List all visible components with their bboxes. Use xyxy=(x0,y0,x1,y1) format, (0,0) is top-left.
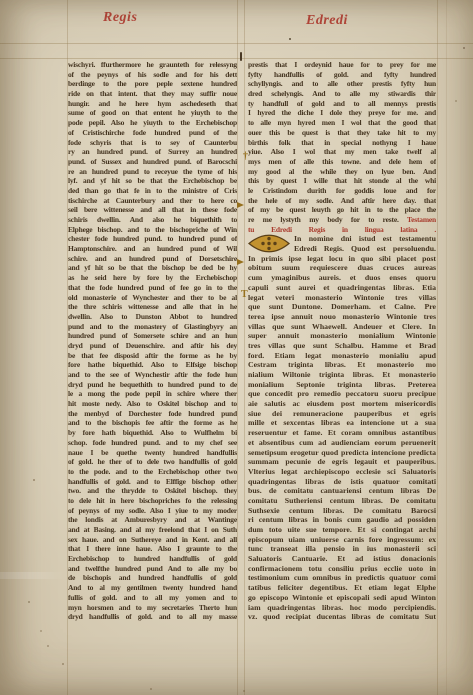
manuscript-line: schire. and an hundred pund of Dorsetsch… xyxy=(68,254,237,264)
manuscript-line: que sunt Duntone. Domerham. et Calne. Pr… xyxy=(248,302,436,312)
manuscript-line: legat veteri monasterio Wintonie tres vi… xyxy=(248,293,436,303)
manuscript-line: super annuit monasterio monialium Winton… xyxy=(248,331,436,341)
manuscript-line: the londis at Amburesbyry and at Wanting… xyxy=(68,515,237,525)
manuscript-line: fode schyris that is to sey of Caunterbu xyxy=(68,138,237,148)
manuscript-line: cum ymaginibus aureis. et duos enses quo… xyxy=(248,273,436,283)
pointer-mark-icon xyxy=(237,259,244,265)
manuscript-line: go episcopo Wintonie et episcopali sedi … xyxy=(248,593,436,603)
running-header-regis: Regis xyxy=(103,10,137,26)
manuscript-line: siue dei remuneracione pauperibus et egr… xyxy=(248,409,436,419)
manuscript-line: of my be quest leuyth go hit in to the p… xyxy=(248,205,436,215)
manuscript-line: as he seid here by fore by the Erchebisc… xyxy=(68,273,237,283)
manuscript-line: prestis that I ordeynid haue for to prey… xyxy=(248,60,436,70)
manuscript-line: naue I be quethe twenty hundred handfull… xyxy=(68,448,237,458)
manuscript-line: that I there inne haue. Also I graunte t… xyxy=(68,544,237,554)
manuscript-line: dred schelyngis. And to alle my stiwardi… xyxy=(248,89,436,99)
manuscript-line: dryd pund he bequethith to hundred pund … xyxy=(68,380,237,390)
manuscript-line: of Cristischirche fode hundred pund of t… xyxy=(68,128,237,138)
manuscript-line: monialium Septonie triginta libras. Pret… xyxy=(248,380,436,390)
manuscript-line: dryd handfullis of gold. and to all my m… xyxy=(68,612,237,622)
manuscript-line: the menbyd of Dorchester fode hundred pu… xyxy=(68,409,237,419)
manuscript-line: Cestram triginta libras. Et monasterio m… xyxy=(248,360,436,370)
manuscript-line: que concedit pro remedio peccatoru suoru… xyxy=(248,389,436,399)
manuscript-line: this by quest I wille that hit stonde al… xyxy=(248,176,436,186)
ruling-line-right-margin xyxy=(446,0,447,695)
manuscript-line: re an hundred pund to receyue the tyme o… xyxy=(68,167,237,177)
manuscript-line: dryd pund of Deuenschire. and aftir his … xyxy=(68,341,237,351)
manuscript-line: In primis ipse legat locu in quo sibi pl… xyxy=(248,254,436,264)
manuscript-line: vz. quod recipiat ducentas libras de com… xyxy=(248,612,436,622)
manuscript-line: by fore hath biquethid. Also to Wulfhelm… xyxy=(68,428,237,438)
manuscript-line: ford. Etiam legat monasterio monialiu ap… xyxy=(248,351,436,361)
manuscript-line: Elphege bischop. and to the bischopriche… xyxy=(68,225,237,235)
manuscript-line: comitatu Sutheriensi centum libras. De c… xyxy=(248,496,436,506)
foxing-specks xyxy=(33,479,35,481)
manuscript-line: and to the bischopis fee aftir the forme… xyxy=(68,418,237,428)
manuscript-line: bus. de comitatu cantuariensi centum lib… xyxy=(248,486,436,496)
manuscript-line: Saluatoris Cantuarie. Et ad istius donac… xyxy=(248,554,436,564)
manuscript-line: reseruentur et fame. Et coram omnibus as… xyxy=(248,428,436,438)
manuscript-line: sex haue. and on Suthereye and in Kent. … xyxy=(68,535,237,545)
manuscript-line: old monasterie of Wynchester and ther to… xyxy=(68,293,237,303)
manuscript-line: tres villas que sunt Schalbu. Hamme et B… xyxy=(248,341,436,351)
manuscript-line: wischyri. ffurthermore he graunteth for … xyxy=(68,60,237,70)
manuscript-line: myn horsmen and to my secretaries Therto… xyxy=(68,603,237,613)
manuscript-line: pund and to the monastery of Glastingbyr… xyxy=(68,322,237,332)
manuscript-line: episcopum uiam uniuerse carnis fore ingr… xyxy=(248,535,436,545)
manuscript-line: obitum suum requiescere duas cruces aure… xyxy=(248,263,436,273)
manuscript-line: dwellin. Also to Dunston Abbot to hundre… xyxy=(68,312,237,322)
manuscript-line: fore hathe biquethid. Also to Elfsige bi… xyxy=(68,360,237,370)
manuscript-line: et absentibus cum ad audienciam eorum pe… xyxy=(248,438,436,448)
left-column-text: wischyri. ffurthermore he graunteth for … xyxy=(68,60,237,622)
nota-mark-icon: † xyxy=(243,152,248,162)
manuscript-line: villas que sunt Whaewell. Andeuer et Cle… xyxy=(248,322,436,332)
manuscript-line: yiue. Also I wol that my men take twelf … xyxy=(248,147,436,157)
ruling-line-gutter-left xyxy=(237,0,238,695)
manuscript-line: Suthsexie centum libras. De comitatu Bar… xyxy=(248,506,436,516)
manuscript-line: of the peynys of his sodle and for his d… xyxy=(68,70,237,80)
manuscript-line: ouer this be quest is that they take hit… xyxy=(248,128,436,138)
manuscript-line: ri centum libras in bonis cum gaudio ad … xyxy=(248,515,436,525)
manuscript-line: confirmacionem totu consiliu prius eccli… xyxy=(248,564,436,574)
manuscript-line: the thre schiris wittenesse and alle tha… xyxy=(68,302,237,312)
manuscript-line: mys men of alle this towne. and dele hem… xyxy=(248,157,436,167)
manuscript-line: tischirche at Caunterbury and ther to he… xyxy=(68,196,237,206)
manuscript-line: ded than go that fe in to the ministre o… xyxy=(68,186,237,196)
manuscript-line: berdinge to the pore peple sextene hundr… xyxy=(68,79,237,89)
manuscript-line: hungir. and he here hym aschedeseth that xyxy=(68,99,237,109)
manuscript-line: birthis folk that in special nothyng I h… xyxy=(248,138,436,148)
manuscript-line: quadringentas libras de istis quatuor co… xyxy=(248,477,436,487)
manuscript-line: hundred pund of Somersete schire and an … xyxy=(68,331,237,341)
manuscript-line: and to the see of Wynchestir aftir the f… xyxy=(68,370,237,380)
manuscript-line: re me lystyth my body for to reste. Test… xyxy=(248,215,436,225)
manuscript-page: Regis Edredi wischyri. ffurthermore he g… xyxy=(0,0,473,695)
manuscript-line: tunc transeat illa pensio in ius monaste… xyxy=(248,544,436,554)
manuscript-line: to dele hit in here bischopriches fo the… xyxy=(68,496,237,506)
ruling-line-right-column xyxy=(437,0,438,695)
parchment-crease xyxy=(0,572,64,579)
manuscript-line: sume of good on that entent he yiuyth to… xyxy=(68,108,237,118)
manuscript-line: fullis of gold. and to all my yomen and … xyxy=(68,593,237,603)
manuscript-line: pund. of Sussex and hundred pund. of Bar… xyxy=(68,157,237,167)
manuscript-line: to alle myn hyred men I wol that the goo… xyxy=(248,118,436,128)
manuscript-line: Hamptonschire. and an hundred pund of Wi… xyxy=(68,244,237,254)
manuscript-line: tatibus feliciter degentibus. Et etiam l… xyxy=(248,583,436,593)
manuscript-line: chester fode hundred pund. to hundred pu… xyxy=(68,234,237,244)
manuscript-line: hit moste nedy. Also to Oskitel bischop … xyxy=(68,399,237,409)
manuscript-line: le Cristindom durith for goddis loue and… xyxy=(248,186,436,196)
manuscript-line: iam quadringentas libras. hoc modo perci… xyxy=(248,603,436,613)
running-header-edredi: Edredi xyxy=(306,13,348,29)
manuscript-line: capuli sunt aurei et quadringentas libra… xyxy=(248,283,436,293)
manuscript-line: my good al the while they on lyue ben. A… xyxy=(248,167,436,177)
manuscript-line: seil bere wittenesse and all that in the… xyxy=(68,205,237,215)
manuscript-line: I hyred the diche I dole they preye for … xyxy=(248,108,436,118)
manuscript-line: two. and the thrydde to Oskitel bischop.… xyxy=(68,486,237,496)
manuscript-line: that the fode hundred pund of fee go in … xyxy=(68,283,237,293)
manuscript-line: de bischopis and hundred handfullis of g… xyxy=(68,573,237,583)
ruling-line-gutter-right xyxy=(244,0,245,695)
manuscript-line: and at Basing. and al my freelond that I… xyxy=(68,525,237,535)
manuscript-line: to the pode. and to the Erchebischop oth… xyxy=(68,467,237,477)
manuscript-line: the hele of my sodle. And aftir here day… xyxy=(248,196,436,206)
nota-mark-icon: T xyxy=(241,290,248,300)
manuscript-line: semetipsum erogetur quod predicta intenc… xyxy=(248,448,436,458)
manuscript-line: be that fee disposid aftir the forme as … xyxy=(68,351,237,361)
manuscript-line: of gold. he ther of to dele two handfull… xyxy=(68,457,237,467)
manuscript-line: schiris dwellin. And also he biquethith … xyxy=(68,215,237,225)
manuscript-line: terea ipse annuit nouo monasterio Winton… xyxy=(248,312,436,322)
illuminated-initial-icon xyxy=(248,233,290,254)
manuscript-line: And to al my gentilmen twenty hundred ha… xyxy=(68,583,237,593)
manuscript-line: nialium Wiltonie triginta libras. Et mon… xyxy=(248,370,436,380)
manuscript-line: dum toto uite sue tempore. Et si conting… xyxy=(248,525,436,535)
pointer-mark-icon xyxy=(237,202,244,208)
manuscript-line: schop. fode hundred pund. and to my chef… xyxy=(68,438,237,448)
manuscript-line: Erchebischop to hundred handfullis of go… xyxy=(68,554,237,564)
manuscript-line: handfullis of gold. and to Elffige bisch… xyxy=(68,477,237,487)
manuscript-line: le a mong the pode pepil in schire where… xyxy=(68,389,237,399)
manuscript-line: pode pepil. Also he yiuyth to the Ercheb… xyxy=(68,118,237,128)
manuscript-line: mille et sexcentas libras ea intencione … xyxy=(248,418,436,428)
manuscript-line: fyfty handfullis of gold. and fyfty hund… xyxy=(248,70,436,80)
manuscript-line: and yf hit so be that the bischop be ded… xyxy=(68,263,237,273)
manuscript-line: summam pecunie de egris legauit et paupe… xyxy=(248,457,436,467)
manuscript-line: schyllyngis. and to alle other prestis f… xyxy=(248,79,436,89)
manuscript-line: ride on that intent. that they may suffi… xyxy=(68,89,237,99)
manuscript-line: ty handfull of gold and to all mennys pr… xyxy=(248,99,436,109)
manuscript-line: and twelfthe hundred pund And to alle my… xyxy=(68,564,237,574)
manuscript-line: lyf. and yf hit so be that the Erchebisc… xyxy=(68,176,237,186)
manuscript-line: testimonium cum omnibus in predictis qua… xyxy=(248,573,436,583)
right-column-text: prestis that I ordeynid haue for to prey… xyxy=(248,60,436,622)
manuscript-line: of peynys of my sodle. Also I yiue to my… xyxy=(68,506,237,516)
manuscript-line: Vlterius legat archiepiscopo ecclesie sc… xyxy=(248,467,436,477)
manuscript-line: ry an hundred pund. of Surrey an hundred xyxy=(68,147,237,157)
rubric-text: Testamen xyxy=(407,215,436,224)
ink-dash-mark xyxy=(240,52,242,61)
manuscript-line: aie salutis ac eiusdem post mortem miser… xyxy=(248,399,436,409)
